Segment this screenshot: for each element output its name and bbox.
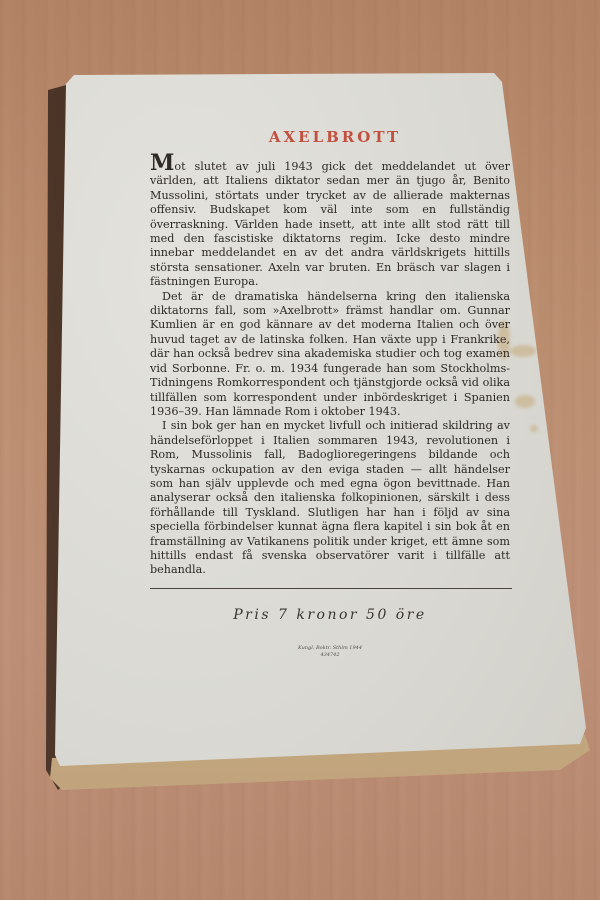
price-text: Pris 7 kronor 50 öre xyxy=(150,607,510,623)
water-stain xyxy=(510,345,536,357)
water-stain xyxy=(515,395,535,408)
water-stain xyxy=(530,425,538,432)
cover-text-block: AXELBROTT Mot slutet av juli 1943 gick d… xyxy=(150,128,510,659)
paragraph-1: Mot slutet av juli 1943 gick det meddela… xyxy=(150,156,510,290)
paragraph-3: I sin bok ger han en mycket livfull och … xyxy=(150,419,510,577)
book-title: AXELBROTT xyxy=(150,128,510,146)
printer-imprint: Kungl. Boktr. Sthlm 1944 434742 xyxy=(150,645,510,659)
drop-cap: M xyxy=(150,150,174,176)
paragraph-2: Det är de dramatiska händelserna kring d… xyxy=(150,290,510,420)
divider-rule xyxy=(150,588,512,589)
